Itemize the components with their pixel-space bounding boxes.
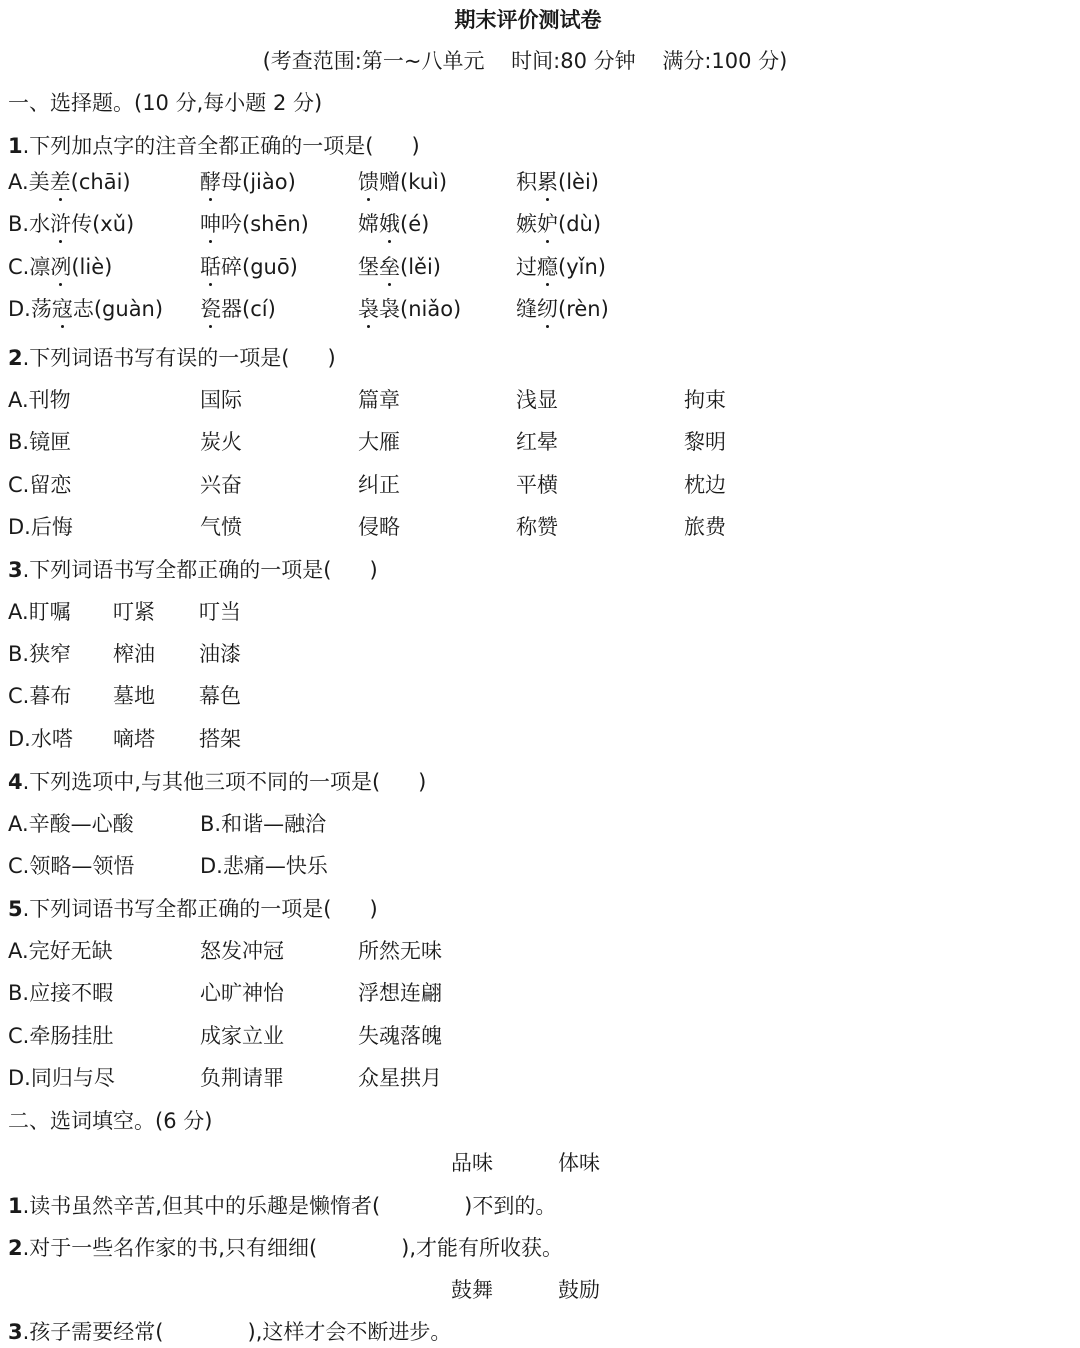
option-d-word-2: 气愤: [200, 513, 242, 541]
sentence-number: 2: [8, 1236, 23, 1260]
exam-title: 期末评价测试卷: [0, 6, 1056, 34]
dotted-char: 累: [537, 168, 558, 196]
dotted-char: 妒: [537, 210, 558, 238]
dotted-char: 浒: [50, 210, 71, 238]
option-a-word-3: 篇章: [358, 386, 400, 414]
dotted-char: 馈: [358, 168, 379, 196]
option-a-item-4: 积累(lèi): [516, 168, 599, 196]
option-b-idiom-3: 浮想连翩: [358, 979, 442, 1007]
dotted-char: 娥: [379, 210, 400, 238]
option-c-item-4: 过瘾(yǐn): [516, 253, 606, 281]
option-c-item-1: C.凛冽(liè): [8, 253, 112, 281]
word-choice: 体味: [558, 1149, 600, 1177]
question-number: 4: [8, 770, 23, 794]
question-number: 3: [8, 558, 23, 582]
option-b-item-1: B.水浒传(xǔ): [8, 210, 134, 238]
question-2-stem: 2.下列词语书写有误的一项是(): [8, 344, 336, 372]
fill-sentence-1: 1.读书虽然辛苦,但其中的乐趣是懒惰者()不到的。: [8, 1192, 556, 1220]
dotted-char: 瘾: [537, 253, 558, 281]
option-c-word-3: 幕色: [199, 682, 241, 710]
option-d-word-1: D.水嗒: [8, 725, 73, 753]
option-a-item-2: 酵母(jiào): [200, 168, 296, 196]
section-1-heading: 一、选择题。(10 分,每小题 2 分): [8, 89, 322, 117]
fill-sentence-3: 3.孩子需要经常(),这样才会不断进步。: [8, 1318, 451, 1346]
option-b-word-2: 榨油: [113, 640, 155, 668]
section-2-heading: 二、选词填空。(6 分): [8, 1107, 212, 1135]
option-b-word-1: B.镜匣: [8, 428, 71, 456]
option-a-item-1: A.美差(chāi): [8, 168, 131, 196]
dotted-char: 酵: [200, 168, 221, 196]
option-a-word-1: A.盯嘱: [8, 598, 71, 626]
option-d: D.悲痛—快乐: [200, 852, 328, 880]
option-b-word-1: B.狭窄: [8, 640, 71, 668]
option-a-word-2: 叮紧: [113, 598, 155, 626]
option-d-idiom-1: D.同归与尽: [8, 1064, 115, 1092]
option-a-idiom-3: 所然无味: [358, 937, 442, 965]
option-c-word-1: C.暮布: [8, 682, 71, 710]
option-d-item-4: 缝纫(rèn): [516, 295, 609, 323]
option-a-word-3: 叮当: [199, 598, 241, 626]
sentence-number: 3: [8, 1320, 23, 1344]
option-b-idiom-2: 心旷神怡: [200, 979, 284, 1007]
option-a-word-5: 拘束: [684, 386, 726, 414]
option-a-idiom-1: A.完好无缺: [8, 937, 113, 965]
option-c-idiom-1: C.牵肠挂肚: [8, 1022, 113, 1050]
dotted-char: 瓷: [200, 295, 221, 323]
option-c-word-1: C.留恋: [8, 471, 71, 499]
question-3-stem: 3.下列词语书写全都正确的一项是(): [8, 556, 378, 584]
option-c-word-4: 平横: [516, 471, 558, 499]
question-1-stem: 1.下列加点字的注音全都正确的一项是(): [8, 132, 420, 160]
option-d-word-3: 搭架: [199, 725, 241, 753]
fill-sentence-2: 2.对于一些名作家的书,只有细细(),才能有所收获。: [8, 1234, 563, 1262]
option-a-word-2: 国际: [200, 386, 242, 414]
question-5-stem: 5.下列词语书写全都正确的一项是(): [8, 895, 378, 923]
word-choice: 鼓励: [558, 1276, 600, 1304]
exam-subtitle: (考查范围:第一~八单元 时间:80 分钟 满分:100 分): [0, 47, 1050, 75]
option-d-idiom-3: 众星拱月: [358, 1064, 442, 1092]
sentence-number: 1: [8, 1194, 23, 1218]
option-c-word-3: 纠正: [358, 471, 400, 499]
option-d-word-2: 嘀塔: [113, 725, 155, 753]
option-c-word-5: 枕边: [684, 471, 726, 499]
word-choice: 品味: [451, 1149, 493, 1177]
option-c-word-2: 兴奋: [200, 471, 242, 499]
dotted-char: 袅: [358, 295, 379, 323]
option-d-idiom-2: 负荆请罪: [200, 1064, 284, 1092]
question-number: 1: [8, 134, 23, 158]
option-d-word-5: 旅费: [684, 513, 726, 541]
option-d-item-2: 瓷器(cí): [200, 295, 276, 323]
option-b-word-5: 黎明: [684, 428, 726, 456]
option-a-word-1: A.刊物: [8, 386, 71, 414]
dotted-char: 纫: [537, 295, 558, 323]
option-b-idiom-1: B.应接不暇: [8, 979, 113, 1007]
exam-scope: (考查范围:第一~八单元: [263, 49, 485, 73]
option-b-word-4: 红晕: [516, 428, 558, 456]
dotted-char: 呻: [200, 210, 221, 238]
option-c-idiom-3: 失魂落魄: [358, 1022, 442, 1050]
option-b-item-3: 嫦娥(é): [358, 210, 429, 238]
option-b-word-3: 油漆: [199, 640, 241, 668]
option-c-item-3: 堡垒(lěi): [358, 253, 441, 281]
question-number: 2: [8, 346, 23, 370]
dotted-char: 垒: [379, 253, 400, 281]
option-b-item-4: 嫉妒(dù): [516, 210, 601, 238]
dotted-char: 聒: [200, 253, 221, 281]
option-a-idiom-2: 怒发冲冠: [200, 937, 284, 965]
option-c-word-2: 墓地: [113, 682, 155, 710]
dotted-char: 差: [50, 168, 71, 196]
question-4-stem: 4.下列选项中,与其他三项不同的一项是(): [8, 768, 426, 796]
dotted-char: 冽: [50, 253, 71, 281]
option-c: C.领略—领悟: [8, 852, 134, 880]
option-b-item-2: 呻吟(shēn): [200, 210, 309, 238]
option-c-item-2: 聒碎(guō): [200, 253, 298, 281]
exam-score: 满分:100 分): [662, 49, 787, 73]
option-b: B.和谐—融洽: [200, 810, 326, 838]
exam-time: 时间:80 分钟: [511, 49, 635, 73]
option-d-item-3: 袅袅(niǎo): [358, 295, 461, 323]
option-b-word-2: 炭火: [200, 428, 242, 456]
option-d-word-1: D.后悔: [8, 513, 73, 541]
option-d-word-4: 称赞: [516, 513, 558, 541]
option-d-word-3: 侵略: [358, 513, 400, 541]
option-a-word-4: 浅显: [516, 386, 558, 414]
question-number: 5: [8, 897, 23, 921]
option-b-word-3: 大雁: [358, 428, 400, 456]
option-a-item-3: 馈赠(kuì): [358, 168, 447, 196]
option-a: A.辛酸—心酸: [8, 810, 134, 838]
option-d-item-1: D.荡寇志(guàn): [8, 295, 163, 323]
word-choice: 鼓舞: [451, 1276, 493, 1304]
dotted-char: 寇: [52, 295, 73, 323]
option-c-idiom-2: 成家立业: [200, 1022, 284, 1050]
